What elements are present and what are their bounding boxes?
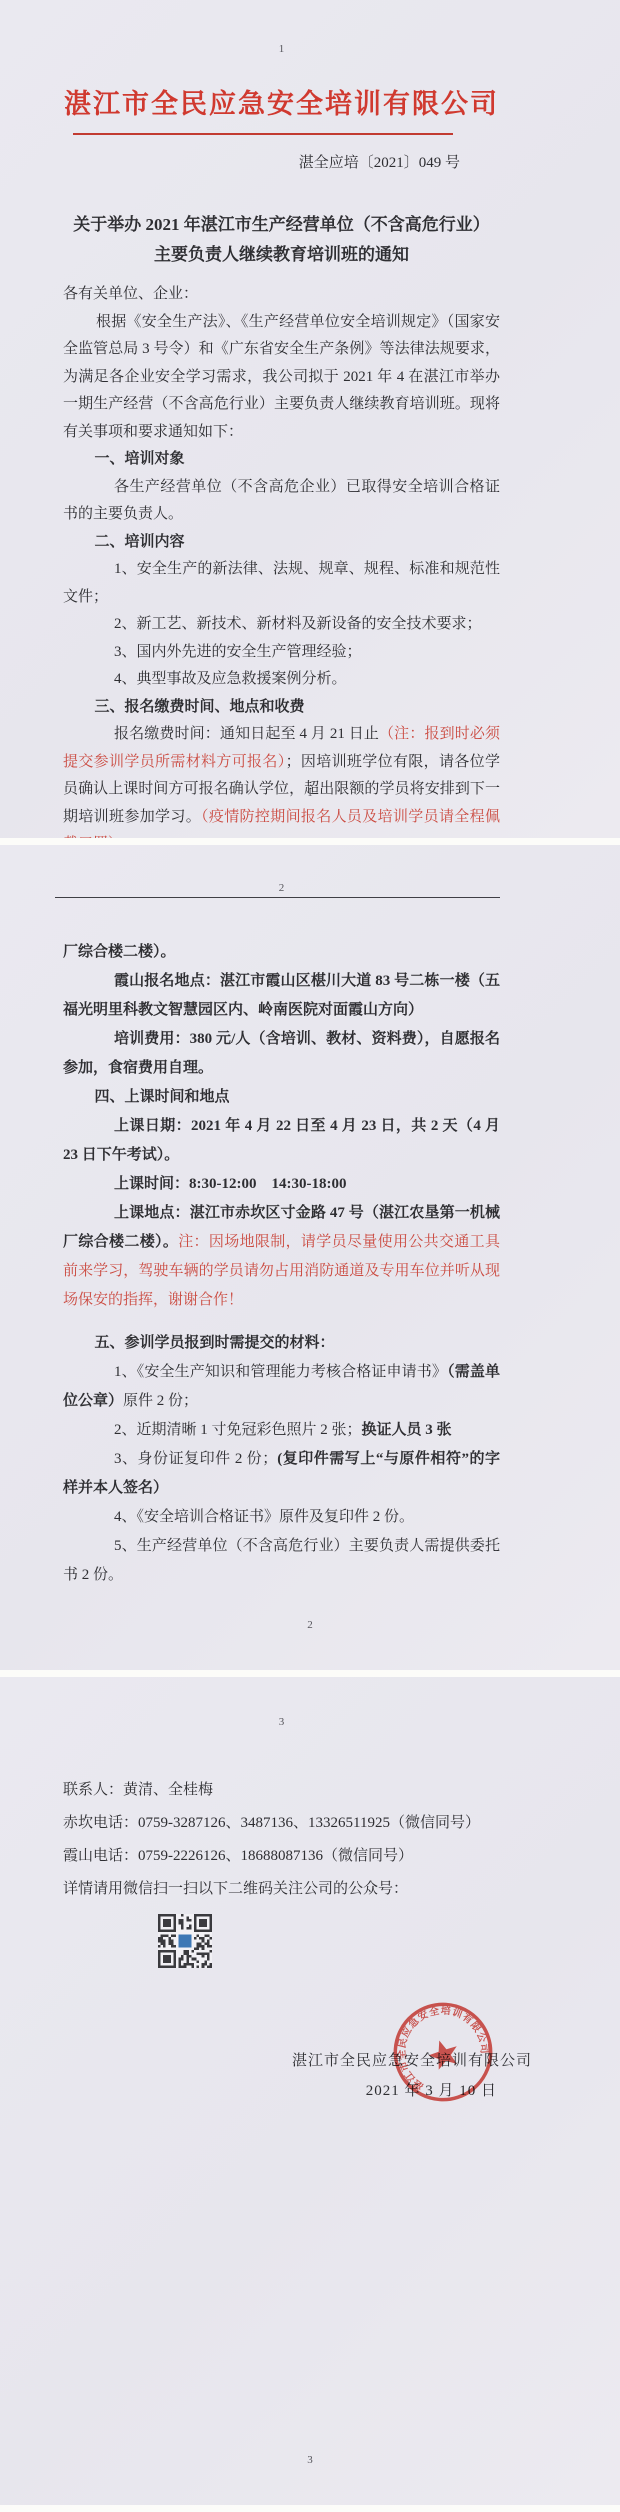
training-content-item-4: 4、典型事故及应急救援案例分析。 [63, 666, 500, 694]
document-page-1: 1 湛江市全民应急安全培训有限公司 湛全应培〔2021〕049 号 关于举办 2… [0, 0, 620, 838]
class-location-paragraph: 上课地点：湛江市赤坎区寸金路 47 号（湛江农垦第一机械厂综合楼二楼）。注：因场… [63, 1199, 500, 1315]
scanned-document: 1 湛江市全民应急安全培训有限公司 湛全应培〔2021〕049 号 关于举办 2… [0, 0, 620, 2512]
material1-copies: 原件 2 份； [123, 1393, 198, 1409]
xiashan-phone: 霞山电话：0759-2226126、18688087136（微信同号） [63, 1840, 500, 1873]
registration-time-paragraph: 报名缴费时间：通知日起至 4 月 21 日止（注：报到时必须提交参训学员所需材料… [63, 721, 500, 838]
registration-time-text: 报名缴费时间：通知日起至 4 月 21 日止 [114, 726, 379, 742]
material2-renewal-note: 换证人员 3 张 [362, 1422, 452, 1438]
qr-instruction: 详情请用微信扫一扫以下二维码关注公司的公众号： [63, 1873, 500, 1906]
document-number: 湛全应培〔2021〕049 号 [63, 152, 500, 174]
material-item-3: 3、身份证复印件 2 份；(复印件需写上“与原件相符”的字样并本人签名） [63, 1445, 500, 1503]
qr-code [158, 1914, 212, 1968]
material2-photos: 2、近期清晰 1 寸免冠彩色照片 2 张； [114, 1422, 362, 1438]
salutation: 各有关单位、企业： [63, 281, 500, 309]
material-item-4: 4、《安全培训合格证书》原件及复印件 2 份。 [63, 1503, 500, 1532]
page3-number-top: 3 [63, 1677, 500, 1729]
document-page-2: 2 厂综合楼二楼）。 霞山报名地点：湛江市霞山区椹川大道 83 号二栋一楼（五福… [0, 845, 620, 1670]
section1-body: 各生产经营单位（不含高危企业）已取得安全培训合格证书的主要负责人。 [63, 474, 500, 529]
material-item-5: 5、生产经营单位（不含高危行业）主要负责人需提供委托书 2 份。 [63, 1532, 500, 1590]
section5-heading: 五、参训学员报到时需提交的材料： [63, 1329, 500, 1358]
section3-heading: 三、报名缴费时间、地点和收费 [63, 694, 500, 722]
page3-number-bottom: 3 [0, 2453, 620, 2467]
training-content-item-2: 2、新工艺、新技术、新材料及新设备的安全技术要求； [63, 611, 500, 639]
letterhead-divider [73, 133, 453, 135]
document-title-line1: 关于举办 2021 年湛江市生产经营单位（不含高危行业） [73, 215, 490, 234]
material1-title: 1、《安全生产知识和管理能力考核合格证申请书》 [114, 1364, 447, 1380]
class-date: 上课日期：2021 年 4 月 22 日至 4 月 23 日，共 2 天（4 月… [63, 1112, 500, 1170]
section4-heading: 四、上课时间和地点 [63, 1083, 500, 1112]
training-fee: 培训费用：380 元/人（含培训、教材、资料费），自愿报名参加，食宿费用自理。 [63, 1025, 500, 1083]
page2-header-rule [55, 897, 500, 898]
material3-idcopy: 3、身份证复印件 2 份； [114, 1451, 277, 1467]
chikan-location-continued: 厂综合楼二楼）。 [63, 938, 500, 967]
material-item-1: 1、《安全生产知识和管理能力考核合格证申请书》（需盖单位公章）原件 2 份； [63, 1358, 500, 1416]
training-content-item-3: 3、国内外先进的安全生产管理经验； [63, 639, 500, 667]
section2-heading: 二、培训内容 [63, 529, 500, 557]
xiashan-registration-location: 霞山报名地点：湛江市霞山区椹川大道 83 号二栋一楼（五福光明里科教文智慧园区内… [63, 967, 500, 1025]
page1-number-top: 1 [63, 0, 500, 56]
intro-paragraph: 根据《安全生产法》、《生产经营单位安全培训规定》（国家安全监管总局 3 号令）和… [63, 309, 500, 447]
page2-number-bottom: 2 [0, 1618, 620, 1632]
page2-number-top: 2 [63, 845, 500, 895]
document-title-line2: 主要负责人继续教育培训班的通知 [154, 245, 409, 264]
contact-persons: 联系人：黄清、全桂梅 [63, 1774, 500, 1807]
document-title: 关于举办 2021 年湛江市生产经营单位（不含高危行业） 主要负责人继续教育培训… [63, 210, 500, 270]
material-item-2: 2、近期清晰 1 寸免冠彩色照片 2 张；换证人员 3 张 [63, 1416, 500, 1445]
seal-star [425, 2036, 462, 2072]
company-letterhead: 湛江市全民应急安全培训有限公司 [63, 86, 500, 122]
class-time: 上课时间：8:30-12:00 14:30-18:00 [63, 1170, 500, 1199]
document-page-3: 3 联系人：黄清、全桂梅 赤坎电话：0759-3287126、3487136、1… [0, 1677, 620, 2505]
qr-center-logo [179, 1935, 192, 1948]
training-content-item-1: 1、安全生产的新法律、法规、规章、规程、标准和规范性文件； [63, 556, 500, 611]
page1-number-bottom: 1 [0, 786, 620, 800]
section1-heading: 一、培训对象 [63, 446, 500, 474]
chikan-phone: 赤坎电话：0759-3287126、3487136、13326511925（微信… [63, 1807, 500, 1840]
